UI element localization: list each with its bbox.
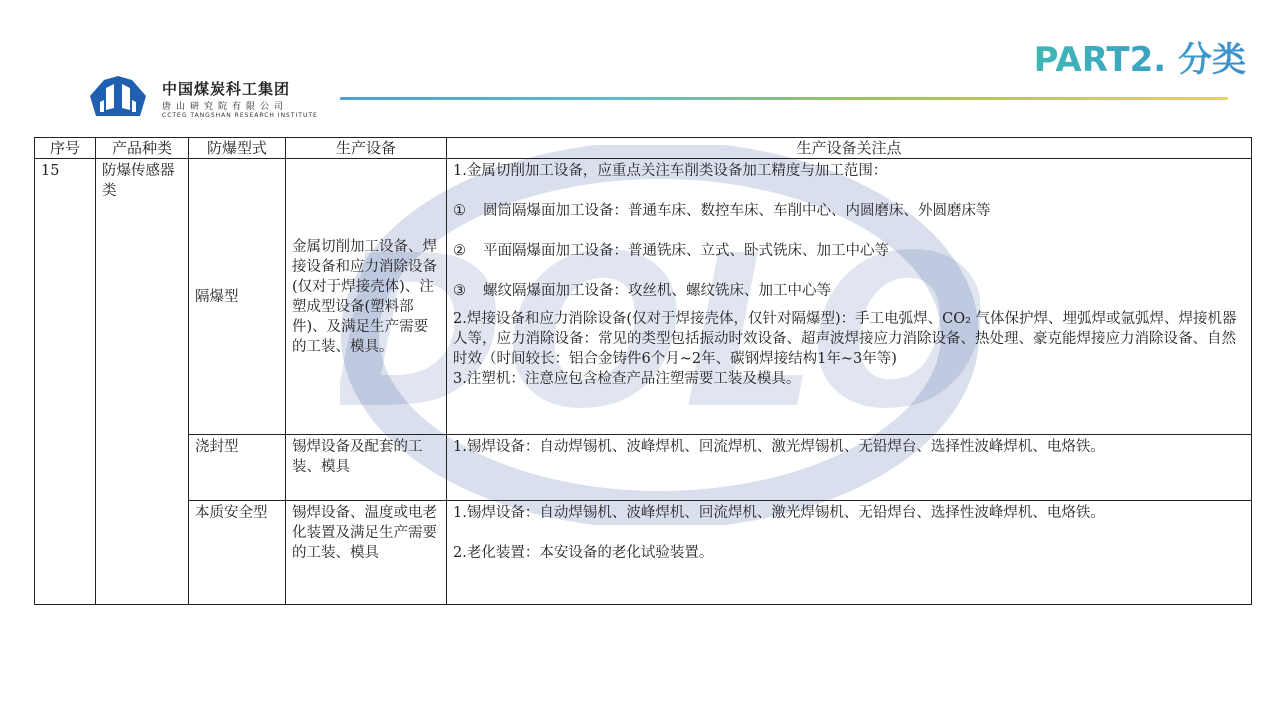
table-row: 15 防爆传感器类 隔爆型 金属切削加工设备、焊接设备和应力消除设备(仅对于焊接… [35, 159, 1252, 435]
focus-paragraph: 2.焊接设备和应力消除设备(仅对于焊接壳体，仅针对隔爆型)：手工电弧焊、CO₂ … [453, 309, 1245, 369]
table-row: 浇封型 锡焊设备及配套的工装、模具 1.锡焊设备：自动焊锡机、波峰焊机、回流焊机… [35, 435, 1252, 501]
focus-subitem: ②平面隔爆面加工设备：普通铣床、立式、卧式铣床、加工中心等 [453, 241, 1245, 261]
column-header-category: 产品种类 [96, 138, 189, 159]
serial-cell: 15 [35, 159, 96, 605]
focus-paragraph: 3.注塑机：注意应包含检查产品注塑需要工装及模具。 [453, 369, 1245, 389]
focus-paragraph: 1.锡焊设备：自动焊锡机、波峰焊机、回流焊机、激光焊锡机、无铅焊台、选择性波峰焊… [453, 437, 1245, 457]
org-name-en: CCTEG TANGSHAN RESEARCH INSTITUTE [162, 112, 318, 119]
protection-type-cell: 浇封型 [189, 435, 286, 501]
ccteg-logo-icon [84, 72, 152, 122]
column-header-equipment: 生产设备 [286, 138, 447, 159]
focus-cell: 1.锡焊设备：自动焊锡机、波峰焊机、回流焊机、激光焊锡机、无铅焊台、选择性波峰焊… [447, 501, 1252, 605]
focus-subitem: ①圆筒隔爆面加工设备：普通车床、数控车床、车削中心、内圆磨床、外圆磨床等 [453, 201, 1245, 221]
section-title: PART2. 分类 [1034, 32, 1246, 81]
category-cell: 防爆传感器类 [96, 159, 189, 605]
equipment-cell: 锡焊设备及配套的工装、模具 [286, 435, 447, 501]
equipment-cell: 锡焊设备、温度或电老化装置及满足生产需要的工装、模具 [286, 501, 447, 605]
column-header-protection-type: 防爆型式 [189, 138, 286, 159]
column-header-focus: 生产设备关注点 [447, 138, 1252, 159]
focus-cell: 1.金属切削加工设备，应重点关注车削类设备加工精度与加工范围： ①圆筒隔爆面加工… [447, 159, 1252, 435]
table-row: 本质安全型 锡焊设备、温度或电老化装置及满足生产需要的工装、模具 1.锡焊设备：… [35, 501, 1252, 605]
equipment-table: 序号 产品种类 防爆型式 生产设备 生产设备关注点 15 防爆传感器类 隔爆型 … [34, 137, 1252, 605]
column-header-serial: 序号 [35, 138, 96, 159]
org-sub-cn: 唐山研究院有限公司 [162, 99, 288, 112]
org-name-cn: 中国煤炭科工集团 [162, 78, 290, 99]
focus-subitem: ③螺纹隔爆面加工设备：攻丝机、螺纹铣床、加工中心等 [453, 281, 1245, 301]
circled-number-3: ③ [453, 281, 483, 301]
focus-cell: 1.锡焊设备：自动焊锡机、波峰焊机、回流焊机、激光焊锡机、无铅焊台、选择性波峰焊… [447, 435, 1252, 501]
header-divider [340, 97, 1228, 100]
focus-paragraph: 2.老化装置：本安设备的老化试验装置。 [453, 543, 1245, 563]
company-logo: 中国煤炭科工集团 唐山研究院有限公司 CCTEG TANGSHAN RESEAR… [84, 72, 324, 124]
protection-type-cell: 本质安全型 [189, 501, 286, 605]
circled-number-2: ② [453, 241, 483, 261]
table-header-row: 序号 产品种类 防爆型式 生产设备 生产设备关注点 [35, 138, 1252, 159]
protection-type-cell: 隔爆型 [189, 159, 286, 435]
focus-paragraph: 1.锡焊设备：自动焊锡机、波峰焊机、回流焊机、激光焊锡机、无铅焊台、选择性波峰焊… [453, 503, 1245, 523]
equipment-cell: 金属切削加工设备、焊接设备和应力消除设备(仅对于焊接壳体)、注塑成型设备(塑料部… [286, 159, 447, 435]
focus-paragraph: 1.金属切削加工设备，应重点关注车削类设备加工精度与加工范围： [453, 161, 1245, 181]
circled-number-1: ① [453, 201, 483, 221]
